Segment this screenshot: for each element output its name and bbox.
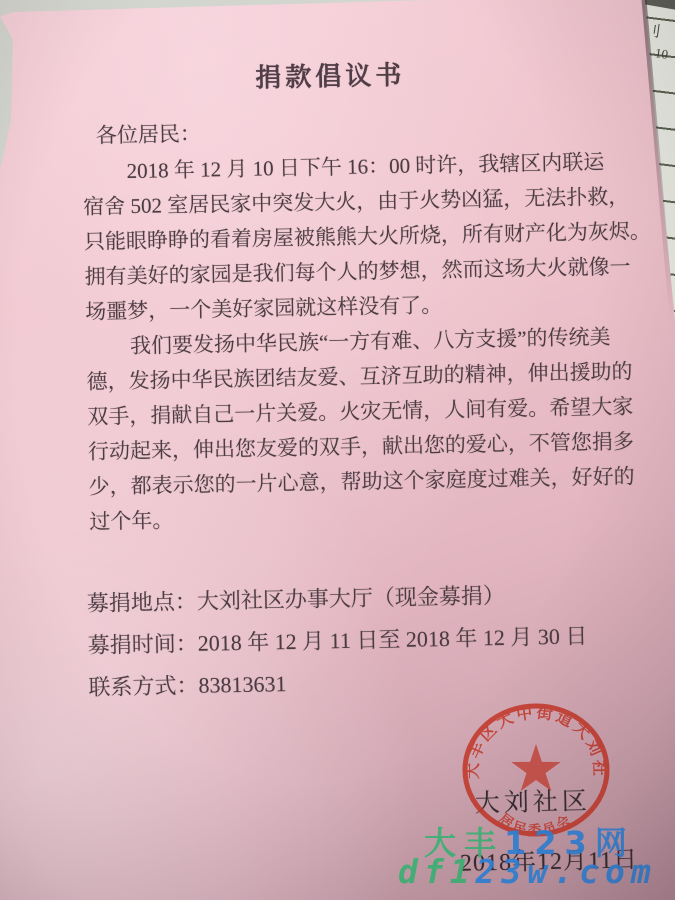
document-title: 捐款倡议书 xyxy=(0,50,668,100)
star-icon xyxy=(511,744,560,791)
body-text: 2018 年 12 月 10 日下午 16：00 时许，我辖区内联运 宿舍 50… xyxy=(82,144,656,540)
photo-of-document: 刂 10 捐款倡议书 各位居民： 2018 年 12 月 10 日下午 16：0… xyxy=(0,0,675,900)
watermark-site-url: df123w.com xyxy=(398,852,657,891)
donation-info: 募捐地点：大刘社区办事大厅（现金募捐） 募捐时间：2018 年 12 月 11 … xyxy=(87,573,589,709)
salutation: 各位居民： xyxy=(96,118,202,150)
